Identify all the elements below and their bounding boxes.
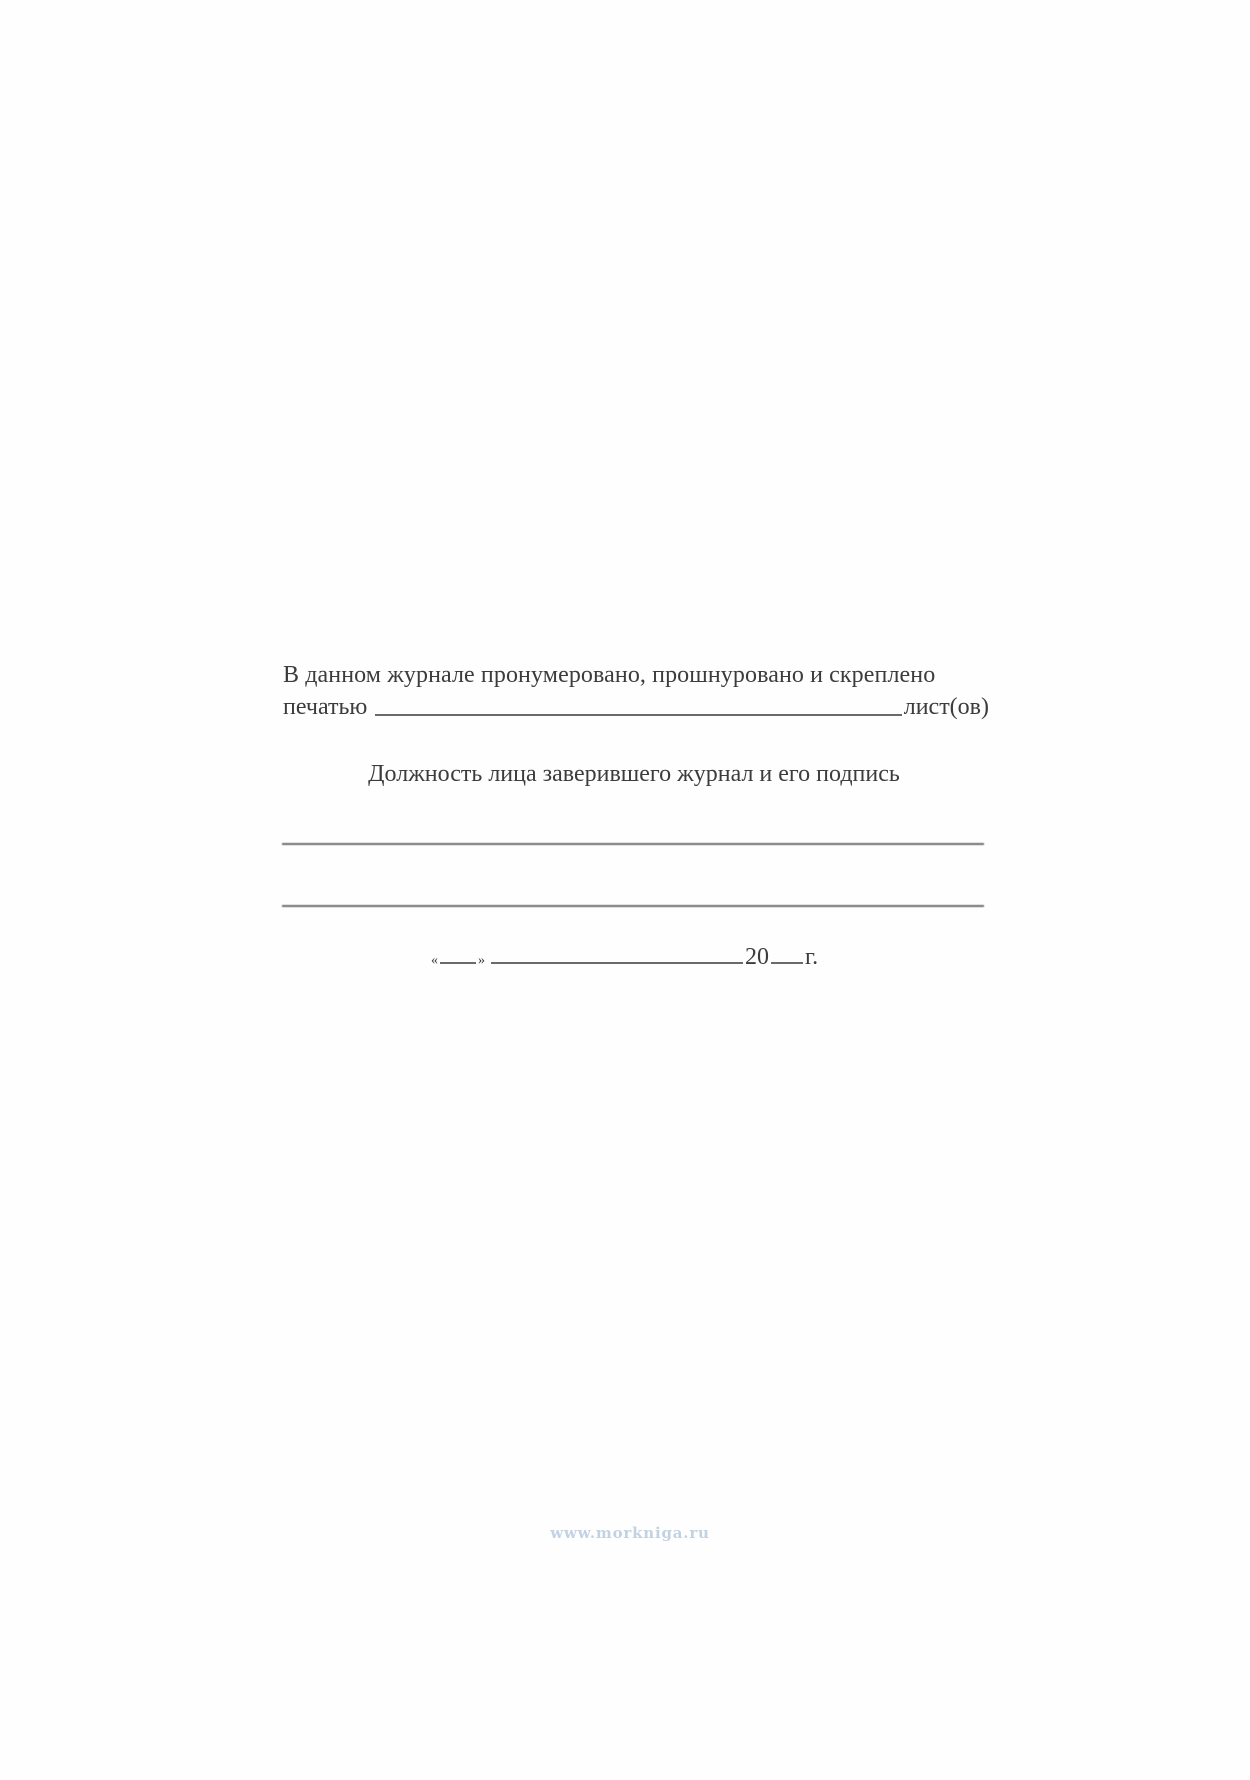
year-blank-field[interactable] [771, 948, 803, 964]
sheet-count-blank-field[interactable] [375, 696, 901, 716]
date-field: « » 20 г. [431, 944, 818, 971]
close-quote: » [478, 953, 485, 969]
year-prefix: 20 [745, 944, 769, 971]
certification-prefix: печатью [283, 694, 367, 721]
signature-line-signature[interactable] [282, 905, 984, 907]
watermark-url: www.morkniga.ru [0, 1524, 1250, 1542]
day-blank-field[interactable] [440, 948, 476, 964]
certification-text-line2: печатью лист(ов) [283, 694, 989, 721]
signature-line-position[interactable] [282, 843, 984, 845]
signatory-caption: Должность лица заверившего журнал и его … [0, 761, 1250, 788]
document-page: В данном журнале пронумеровано, прошнуро… [0, 0, 1250, 1780]
certification-text-line1: В данном журнале пронумеровано, прошнуро… [283, 662, 935, 689]
certification-suffix: лист(ов) [904, 694, 989, 721]
month-blank-field[interactable] [491, 948, 743, 964]
open-quote: « [431, 953, 438, 969]
year-suffix: г. [805, 944, 818, 971]
